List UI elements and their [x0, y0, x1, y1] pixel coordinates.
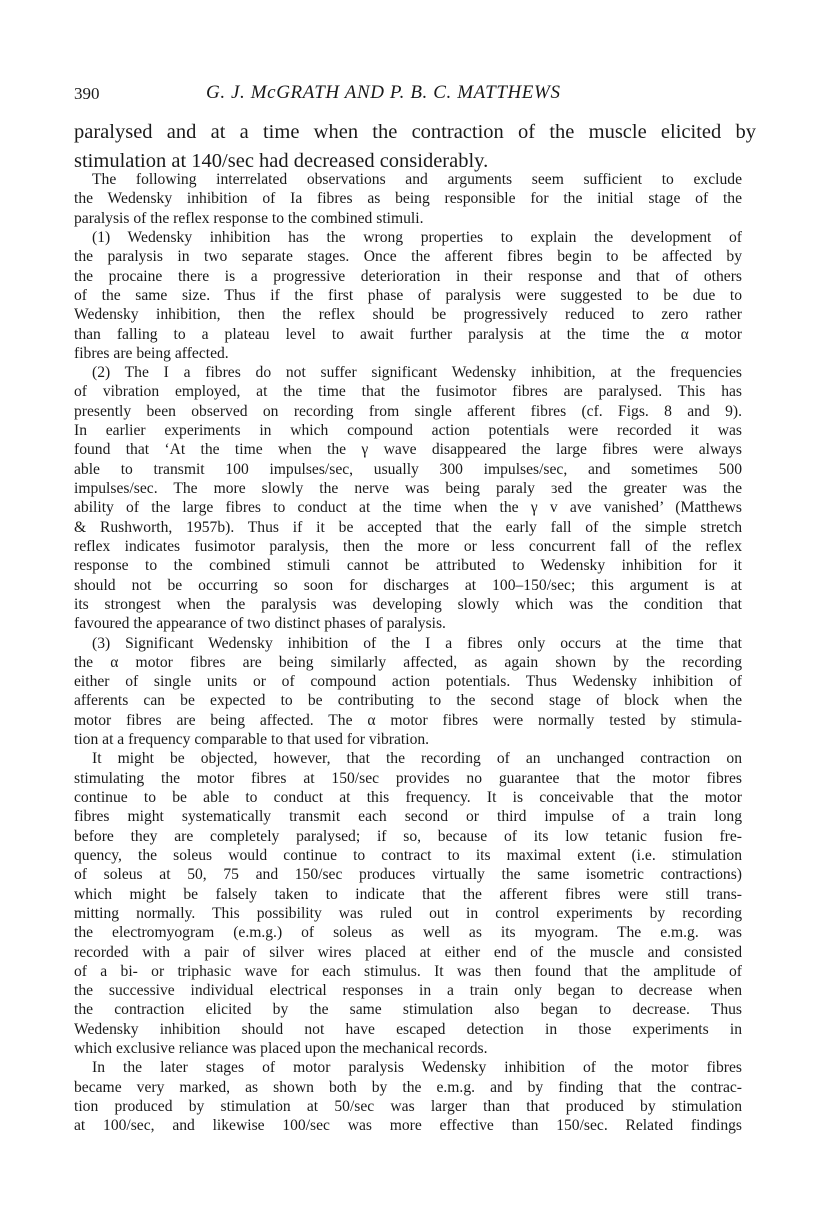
text-line: fibres might systematically transmit eac…: [74, 807, 742, 826]
text-line: the Wedensky inhibition of Ia fibres as …: [74, 189, 742, 208]
text-line: paralysed and at a time when the contrac…: [74, 118, 756, 147]
text-line: quency, the soleus would continue to con…: [74, 846, 742, 865]
text-line: presently been observed on recording fro…: [74, 402, 742, 421]
text-line: either of single units or of compound ac…: [74, 672, 742, 691]
text-line: of soleus at 50, 75 and 150/sec produces…: [74, 865, 742, 884]
text-line: fibres are being affected.: [74, 344, 742, 363]
text-line: the electromyogram (e.m.g.) of soleus as…: [74, 923, 742, 942]
text-line: tion produced by stimulation at 50/sec w…: [74, 1097, 742, 1116]
paragraph-first-line: In the later stages of motor paralysis W…: [74, 1058, 742, 1077]
text-line: at 100/sec, and likewise 100/sec was mor…: [74, 1116, 742, 1135]
continued-paragraph-large: paralysed and at a time when the contrac…: [74, 118, 756, 176]
text-line: able to transmit 100 impulses/sec, usual…: [74, 460, 742, 479]
body-text: The following interrelated observations …: [74, 170, 742, 1136]
text-line: became very marked, as shown both by the…: [74, 1078, 742, 1097]
text-line: the paralysis in two separate stages. On…: [74, 247, 742, 266]
text-line: before they are completely paralysed; if…: [74, 827, 742, 846]
text-line: tion at a frequency comparable to that u…: [74, 730, 742, 749]
text-line: which exclusive reliance was placed upon…: [74, 1039, 742, 1058]
text-line: the procaine there is a progressive dete…: [74, 267, 742, 286]
paragraph-first-line: The following interrelated observations …: [74, 170, 742, 189]
text-line: its strongest when the paralysis was dev…: [74, 595, 742, 614]
text-line: reflex indicates fusimotor paralysis, th…: [74, 537, 742, 556]
text-line: of a bi- or triphasic wave for each stim…: [74, 962, 742, 981]
paragraph-first-line: (3) Significant Wedensky inhibition of t…: [74, 634, 742, 653]
running-head-authors: G. J. McGRATH AND P. B. C. MATTHEWS: [206, 82, 561, 104]
text-line: Wedensky inhibition, then the reflex sho…: [74, 305, 742, 324]
text-line: afferents can be expected to be contribu…: [74, 691, 742, 710]
text-line: which might be falsely taken to indicate…: [74, 885, 742, 904]
text-line: the α motor fibres are being similarly a…: [74, 653, 742, 672]
text-line: stimulating the motor fibres at 150/sec …: [74, 769, 742, 788]
text-line: found that ‘At the time when the γ wave …: [74, 440, 742, 459]
text-line: of vibration employed, at the time that …: [74, 382, 742, 401]
page-header: 390 G. J. McGRATH AND P. B. C. MATTHEWS: [74, 80, 754, 108]
text-line: paralysis of the reflex response to the …: [74, 209, 742, 228]
text-line: In earlier experiments in which compound…: [74, 421, 742, 440]
text-line: motor fibres are being affected. The α m…: [74, 711, 742, 730]
text-line: mitting normally. This possibility was r…: [74, 904, 742, 923]
text-line: ability of the large fibres to conduct a…: [74, 498, 742, 517]
text-line: of the same size. Thus if the first phas…: [74, 286, 742, 305]
paragraph-first-line: It might be objected, however, that the …: [74, 749, 742, 768]
text-line: impulses/sec. The more slowly the nerve …: [74, 479, 742, 498]
text-line: favoured the appearance of two distinct …: [74, 614, 742, 633]
text-line: the contraction elicited by the same sti…: [74, 1000, 742, 1019]
text-line: response to the combined stimuli cannot …: [74, 556, 742, 575]
text-line: the successive individual electrical res…: [74, 981, 742, 1000]
page-number: 390: [74, 84, 100, 104]
paragraph-first-line: (1) Wedensky inhibition has the wrong pr…: [74, 228, 742, 247]
text-line: recorded with a pair of silver wires pla…: [74, 943, 742, 962]
text-line: & Rushworth, 1957b). Thus if it be accep…: [74, 518, 742, 537]
text-line: Wedensky inhibition should not have esca…: [74, 1020, 742, 1039]
text-line: continue to be able to conduct at this f…: [74, 788, 742, 807]
text-line: than falling to a plateau level to await…: [74, 325, 742, 344]
paragraph-first-line: (2) The I a fibres do not suffer signifi…: [74, 363, 742, 382]
text-line: should not be occurring so soon for disc…: [74, 576, 742, 595]
